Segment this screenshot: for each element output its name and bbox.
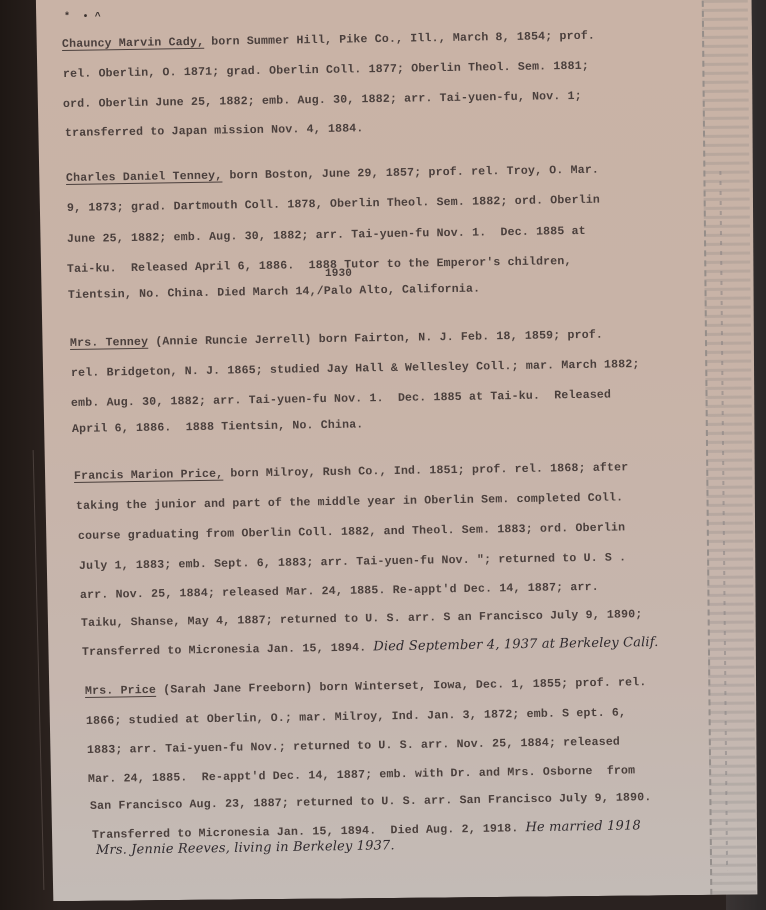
entry-line: 1866; studied at Oberlin, O.; mar. Milro… [86,707,626,728]
entry-name: Chauncy Marvin Cady, [62,36,204,51]
entry-line: June 25, 1882; emb. Aug. 30, 1882; arr. … [67,225,586,246]
entry-line: transferred to Japan mission Nov. 4, 188… [65,122,364,140]
entry-line: emb. Aug. 30, 1882; arr. Tai-yuen-fu Nov… [71,389,611,410]
entry-line: Transferred to Micronesia Jan. 15, 1894.… [82,635,659,659]
entry-line: Tientsin, No. China. Died March 14,/Palo… [68,283,480,302]
entry-line: taking the junior and part of the middle… [76,491,623,513]
entry-line: rel. Oberlin, O. 1871; grad. Oberlin Col… [63,60,589,81]
entry-line: arr. Nov. 25, 1884; released Mar. 24, 18… [80,581,599,602]
inserted-year: 1930 [325,268,352,280]
entry-line: San Francisco Aug. 23, 1887; returned to… [90,791,652,813]
entry-line: ord. Oberlin June 25, 1882; emb. Aug. 30… [63,90,582,111]
entry-mrs-price-line-1: Mrs. Price (Sarah Jane Freeborn) born Wi… [85,676,647,698]
typewritten-text: * • ^ Chauncy Marvin Cady, born Summer H… [0,0,766,910]
entry-name: Francis Marion Price, [74,468,223,483]
entry-name: Mrs. Tenney [70,336,148,350]
entry-line: Taiku, Shanse, May 4, 1887; returned to … [81,608,643,630]
handwritten-annotation: He married 1918 [525,818,641,835]
entry-line: Tai-ku. Released April 6, 1886. 1888 Tut… [67,255,572,276]
entry-name: Charles Daniel Tenney, [66,170,223,185]
entry-tenney-line-1: Charles Daniel Tenney, born Boston, June… [66,164,599,185]
entry-line: Mar. 24, 1885. Re-appt'd Dec. 14, 1887; … [88,764,635,786]
top-marks: * • ^ [64,12,101,23]
entry-line: April 6, 1886. 1888 Tientsin, No. China. [72,418,364,436]
entry-line: 1883; arr. Tai-yuen-fu Nov.; returned to… [87,736,620,757]
handwritten-annotation: Died September 4, 1937 at Berkeley Calif… [373,635,658,654]
entry-line: rel. Bridgeton, N. J. 1865; studied Jay … [71,358,640,380]
entry-line: 9, 1873; grad. Dartmouth Coll. 1878, Obe… [67,194,600,215]
entry-line: July 1, 1883; emb. Sept. 6, 1883; arr. T… [79,551,626,573]
entry-mrs-tenney-line-1: Mrs. Tenney (Annie Runcie Jerrell) born … [70,329,603,350]
entry-line: course graduating from Oberlin Coll. 188… [78,521,625,543]
entry-price-line-1: Francis Marion Price, born Milroy, Rush … [74,461,629,483]
entry-cady-line-1: Chauncy Marvin Cady, born Summer Hill, P… [62,30,595,51]
handwritten-annotation-line-2: Mrs. Jennie Reeves, living in Berkeley 1… [96,838,395,858]
entry-name: Mrs. Price [85,684,156,698]
